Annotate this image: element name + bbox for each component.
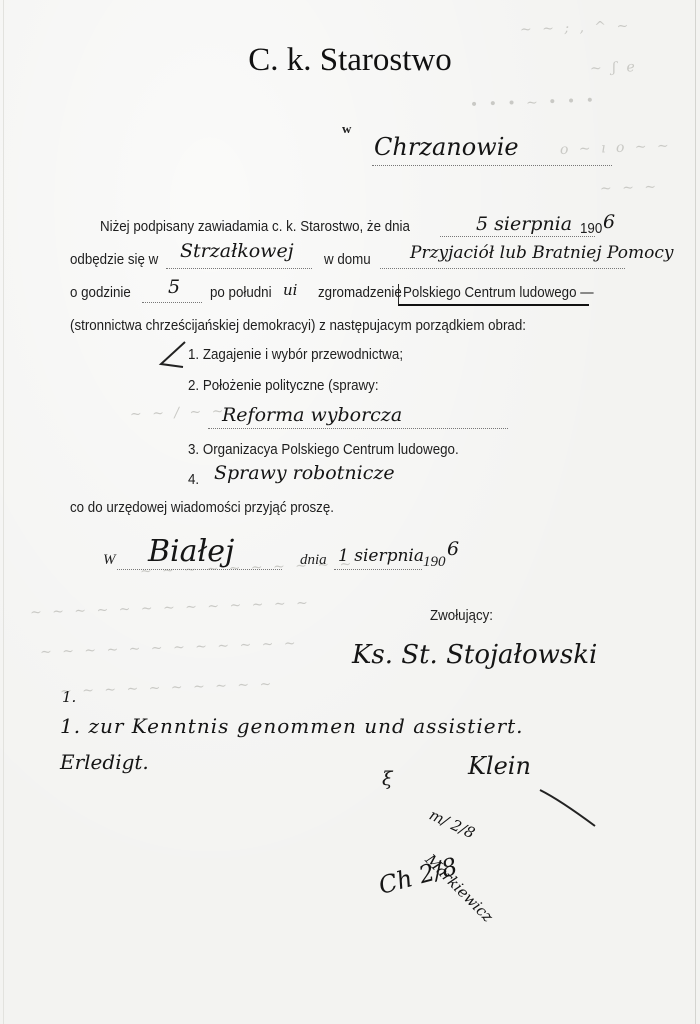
document-title: C. k. Starostwo [0, 42, 700, 79]
house-field-line [380, 268, 625, 269]
body-line-3a: o godzinie [70, 285, 131, 301]
signatory-label: Zwołujący: [430, 608, 493, 624]
body-line-2b: w domu [324, 252, 371, 268]
body-line-1: Niżej podpisany zawiadamia c. k. Starost… [100, 219, 410, 235]
meeting-date-handwritten: 5 sierpnia [476, 213, 572, 235]
agenda-number: 1. [188, 347, 199, 363]
afternoon-suffix-handwritten: ui [283, 281, 297, 299]
agenda-number: 2. [188, 378, 199, 394]
annotation-note-line-1: 1. zur Kenntnis genommen und assistiert. [60, 714, 524, 738]
page-edge-left [3, 0, 4, 1024]
agenda-item-3: 3. Organizacya Polskiego Centrum ludoweg… [188, 442, 459, 458]
agenda-4-handwritten: Sprawy robotnicze [214, 462, 395, 484]
organization-name: Polskiego Centrum ludowego — [403, 285, 594, 301]
year-handwritten: 6 [603, 211, 615, 233]
date-label: dnia [300, 552, 327, 569]
bleed-through-text: o ~ ı o ~ ~ [560, 138, 672, 158]
body-line-3b: po południ [210, 285, 272, 301]
page-edge-right [695, 0, 696, 1024]
signing-year-printed: 190 [423, 554, 446, 571]
hour-field-line [142, 302, 202, 303]
registry-note-line-3: Ch 2/8 [376, 852, 461, 900]
bleed-through-text: ~ ~ ; , ^ ~ [520, 18, 632, 38]
bleed-through-text: ~ ~ ~ ~ ~ ~ ~ ~ ~ ~ ~ ~ [40, 635, 299, 660]
brace-mark: ξ [382, 768, 392, 790]
year-printed: 190 [580, 221, 602, 237]
agenda-2-field-line [208, 428, 508, 429]
agenda-number: 4. [188, 472, 199, 488]
registry-note-line-1: m/ 2/8 [426, 806, 477, 843]
signatory-signature: Ks. St. Stojałowski [352, 640, 597, 670]
agenda-item-4: 4. [188, 472, 199, 488]
agenda-item-2: 2. Położenie polityczne (sprawy: [188, 378, 379, 394]
agenda-2-handwritten: Reforma wyborcza [222, 404, 402, 426]
bleed-through-text: • • • ~ • • • [470, 93, 597, 113]
body-line-2a: odbędzie się w [70, 252, 158, 268]
agenda-number: 3. [188, 442, 199, 458]
bleed-through-text: ~ ~ ~ [600, 179, 660, 197]
annotation-signature: Klein [468, 752, 531, 780]
annotation-note-line-2: Erledigt. [60, 750, 149, 774]
document-page: ~ ~ ; , ^ ~ ~ ʃ e • • • ~ • • • o ~ ı o … [0, 0, 700, 1024]
signing-place-handwritten: Białej [148, 534, 234, 569]
place-prefix: W [103, 552, 116, 569]
signature-tail-stroke [540, 790, 600, 830]
agenda-text: Położenie polityczne (sprawy: [203, 378, 379, 394]
signing-place-line [117, 569, 282, 570]
meeting-house-handwritten: Przyjaciół lub Bratniej Pomocy [410, 243, 673, 263]
agenda-item-1: 1. Zagajenie i wybór przewodnictwa; [188, 347, 403, 363]
addressee-place-handwritten: Chrzanowie [374, 133, 519, 161]
bleed-through-text: ~ ~ ~ ~ ~ ~ ~ ~ ~ ~ [60, 676, 275, 699]
body-line-4: (stronnictwa chrześcijańskiej demokracyi… [70, 318, 526, 334]
annotation-number: 1. [62, 688, 76, 706]
bleed-through-text: ~ ~ / ~ ~ [130, 403, 227, 422]
signing-date-line [334, 569, 422, 570]
signing-year-handwritten: 6 [447, 538, 459, 560]
addressee-field-line [372, 165, 612, 166]
agenda-text: Zagajenie i wybór przewodnictwa; [203, 347, 403, 363]
bleed-through-text: ~ ~ ~ ~ ~ ~ ~ ~ ~ ~ ~ ~ ~ [30, 595, 311, 621]
signing-date-handwritten: 1 sierpnia [338, 546, 424, 566]
date-field-line [440, 236, 595, 237]
addressee-prefix: w [342, 121, 351, 137]
meeting-place-handwritten: Strzałkowej [180, 240, 294, 262]
body-line-3c: zgromadzenie [318, 285, 402, 301]
meeting-hour-handwritten: 5 [168, 276, 180, 298]
agenda-text: Organizacya Polskiego Centrum ludowego. [203, 442, 459, 458]
place-field-line [166, 268, 312, 269]
closing-line: co do urzędowej wiadomości przyjąć prosz… [70, 500, 334, 516]
